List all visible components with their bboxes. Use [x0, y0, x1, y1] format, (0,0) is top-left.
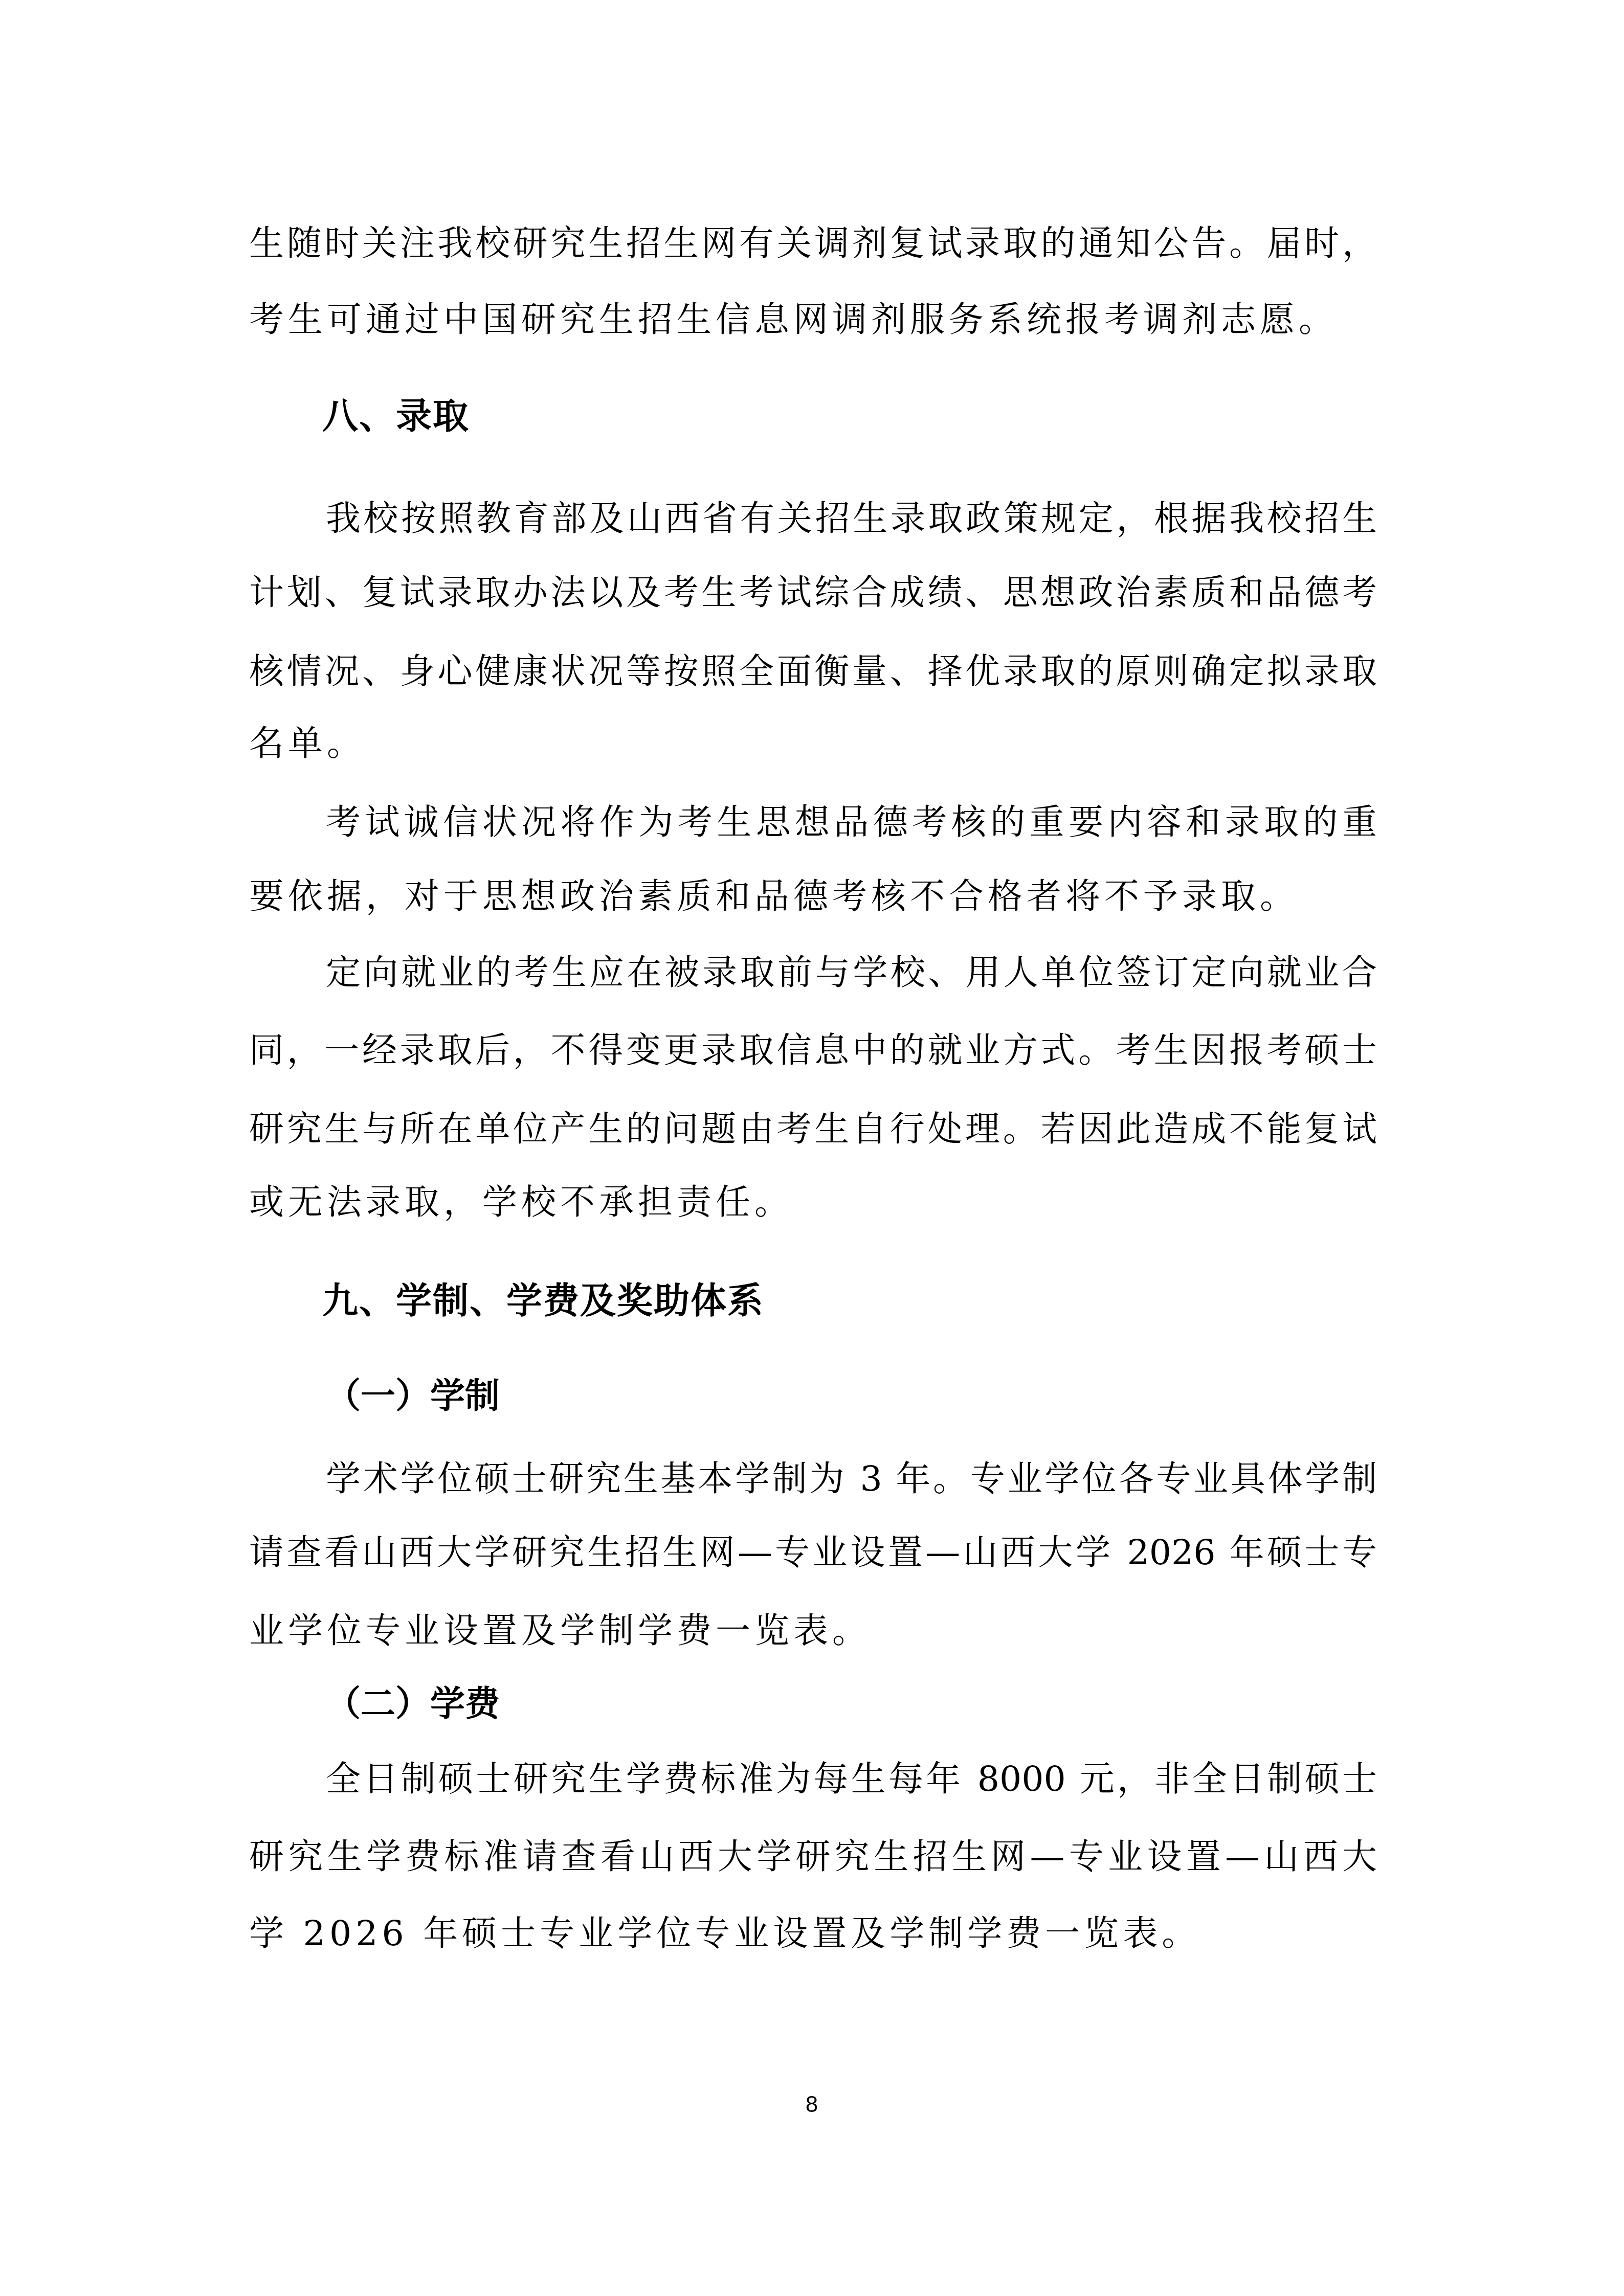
body-line: 业学位专业设置及学制学费一览表。	[249, 1606, 1377, 1657]
body-line: 定向就业的考生应在被录取前与学校、用人单位签订定向就业合	[326, 948, 1377, 999]
body-line: 请查看山西大学研究生招生网—专业设置—山西大学 2026 年硕士专	[249, 1527, 1377, 1579]
body-line: 核情况、身心健康状况等按照全面衡量、择优录取的原则确定拟录取	[249, 646, 1377, 697]
page-number: 8	[786, 2089, 837, 2120]
body-line: 研究生学费标准请查看山西大学研究生招生网—专业设置—山西大	[249, 1832, 1377, 1883]
document-page: 生随时关注我校研究生招生网有关调剂复试录取的通知公告。届时， 考生可通过中国研究…	[0, 0, 1624, 2296]
body-line: 计划、复试录取办法以及考生考试综合成绩、思想政治素质和品德考	[249, 568, 1377, 619]
body-line: 名单。	[249, 718, 1377, 770]
subsection-heading-tuition: （二）学费	[326, 1679, 500, 1730]
body-line: 我校按照教育部及山西省有关招生录取政策规定，根据我校招生	[326, 493, 1377, 545]
body-line: 研究生与所在单位产生的问题由考生自行处理。若因此造成不能复试	[249, 1104, 1377, 1155]
body-line: 考生可通过中国研究生招生信息网调剂服务系统报考调剂志愿。	[249, 295, 1377, 346]
body-line: 或无法录取，学校不承担责任。	[249, 1177, 1377, 1228]
body-line: 考试诚信状况将作为考生思想品德考核的重要内容和录取的重	[326, 797, 1377, 848]
body-line: 要依据，对于思想政治素质和品德考核不合格者将不予录取。	[249, 871, 1377, 922]
body-line: 生随时关注我校研究生招生网有关调剂复试录取的通知公告。届时，	[249, 218, 1377, 269]
body-line: 学 2026 年硕士专业学位专业设置及学制学费一览表。	[249, 1908, 1377, 1960]
subsection-heading-duration: （一）学制	[326, 1371, 500, 1422]
body-line: 全日制硕士研究生学费标准为每生每年 8000 元，非全日制硕士	[326, 1754, 1377, 1805]
section-heading-admission: 八、录取	[322, 391, 470, 442]
body-line: 同，一经录取后，不得变更录取信息中的就业方式。考生因报考硕士	[249, 1025, 1377, 1076]
section-heading-tuition-system: 九、学制、学费及奖助体系	[322, 1275, 764, 1326]
body-line: 学术学位硕士研究生基本学制为 3 年。专业学位各专业具体学制	[326, 1454, 1377, 1505]
